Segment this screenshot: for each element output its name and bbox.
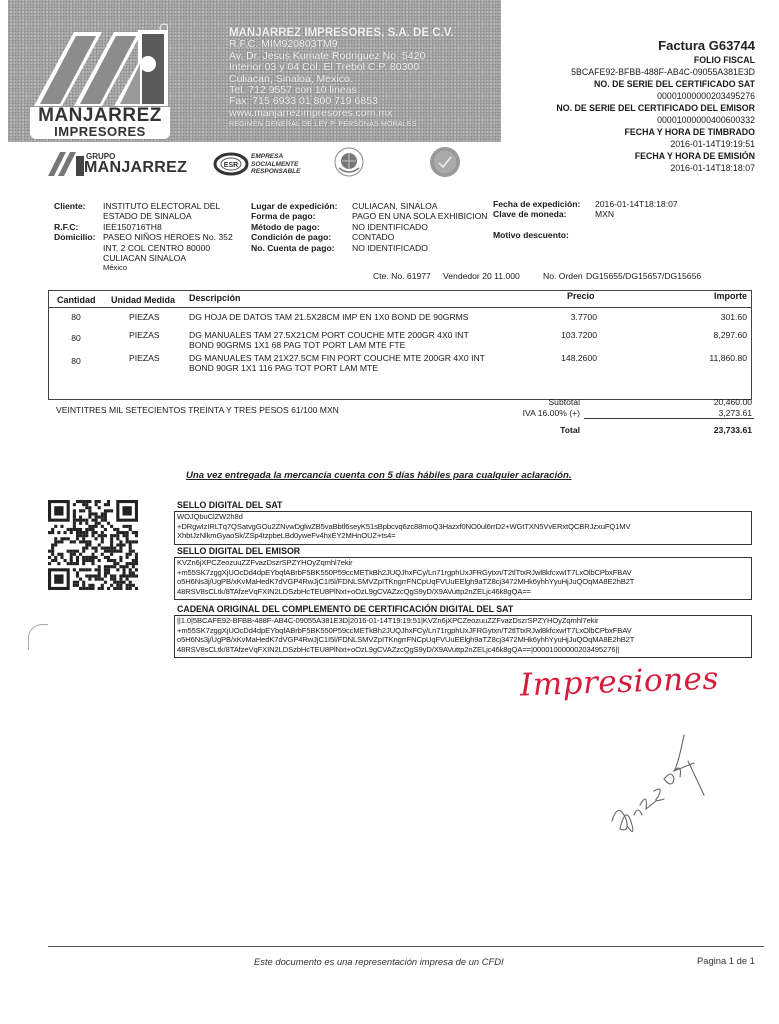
domicilio-line-2: INT. 2 COL CENTRO 80000 bbox=[103, 243, 233, 253]
esr-logo: ESR EMPRESA SOCIALMENTE RESPONSABLE bbox=[213, 150, 323, 178]
domicilio-label: Domicilio: bbox=[54, 232, 96, 242]
domicilio-line-1: PASEO NIÑOS HEROES No. 352 bbox=[103, 232, 233, 242]
esr-badge-icon: ESR bbox=[213, 152, 249, 176]
metodo-label: Método de pago: bbox=[251, 222, 337, 232]
sello-sat-title: SELLO DIGITAL DEL SAT bbox=[177, 500, 282, 510]
row-importe: 301.60 bbox=[721, 312, 747, 322]
cuenta-label: No. Cuenta de pago: bbox=[251, 243, 337, 253]
sello-sat-box: WOJQbuClZW2h8d +DRgwIzIRLTq7QSatvgGOu2ZN… bbox=[174, 511, 752, 545]
cliente-line-1: INSTITUTO ELECTORAL DEL bbox=[103, 201, 233, 211]
page-number: Pagina 1 de 1 bbox=[697, 955, 755, 966]
cliente-line-2: ESTADO DE SINALOA bbox=[103, 211, 233, 221]
footer-divider bbox=[48, 946, 764, 947]
col-precio: Precio bbox=[567, 291, 595, 301]
client-values: INSTITUTO ELECTORAL DEL ESTADO DE SINALO… bbox=[103, 201, 233, 274]
row-cantidad: 80 bbox=[61, 312, 91, 322]
serie-emisor-label: NO. DE SERIE DEL CERTIFICADO DEL EMISOR bbox=[465, 102, 755, 114]
col-unidad: Unidad Medida bbox=[111, 295, 175, 305]
forma-label: Forma de pago: bbox=[251, 211, 337, 221]
sello-emisor-line: +m55SK7zggXjUOcDd4dpEYbqfABrbF5BK550P59c… bbox=[177, 568, 749, 578]
serie-sat-value: 00001000000203495276 bbox=[465, 90, 755, 102]
expedition-labels: Fecha de expedición: Clave de moneda: Mo… bbox=[493, 199, 580, 241]
fecha-exp-value: 2016-01-14T18:18:07 bbox=[595, 199, 678, 209]
row-descripcion: DG HOJA DE DATOS TAM 21.5X28CM IMP EN 1X… bbox=[189, 312, 469, 322]
orden-label: No. Orden bbox=[543, 271, 583, 281]
clarification-notice: Una vez entregada la mercancía cuenta co… bbox=[186, 470, 572, 481]
row-descripcion-2: BOND 90GR 1X1 116 PAG TOT PORT LAM MTE bbox=[189, 363, 378, 373]
sello-sat-line: XhbtJzNlkmGyaoSk/ZSp4tzpbeLBd0yweFv4hxEY… bbox=[177, 531, 749, 541]
col-descripcion: Descripción bbox=[189, 293, 241, 303]
row-unidad: PIEZAS bbox=[129, 330, 160, 340]
row-unidad: PIEZAS bbox=[129, 312, 160, 322]
company-details: MANJARREZ IMPRESORES, S.A. DE C.V. R.F.C… bbox=[229, 28, 499, 131]
folio-fiscal-label: FOLIO FISCAL bbox=[465, 54, 755, 66]
row-cantidad: 80 bbox=[61, 356, 91, 366]
payment-values: CULIACAN, SINALOA PAGO EN UNA SOLA EXHIB… bbox=[352, 201, 487, 253]
logo-wordmark: MANJARREZ IMPRESORES bbox=[30, 107, 170, 139]
cuenta-value: NO IDENTIFICADO bbox=[352, 243, 487, 253]
timbrado-value: 2016-01-14T19:19:51 bbox=[465, 138, 755, 150]
col-importe: Importe bbox=[714, 291, 747, 301]
fecha-exp-label: Fecha de expedición: bbox=[493, 199, 580, 209]
payment-labels: Lugar de expedición: Forma de pago: Méto… bbox=[251, 201, 337, 253]
row-importe: 11,860.80 bbox=[709, 353, 747, 363]
amount-in-words: VEINTITRES MIL SETECIENTOS TREINTA Y TRE… bbox=[56, 404, 339, 416]
col-cantidad: Cantidad bbox=[57, 295, 96, 305]
domicilio-line-4: México bbox=[103, 263, 233, 273]
emision-label: FECHA Y HORA DE EMISIÓN bbox=[465, 150, 755, 162]
row-precio: 103.7200 bbox=[497, 330, 597, 340]
total-value: 23,733.61 bbox=[660, 424, 752, 436]
motivo-label: Motivo descuento: bbox=[493, 230, 580, 240]
serie-emisor-value: 00001000000400600332 bbox=[465, 114, 755, 126]
certification-seal-icon bbox=[428, 145, 462, 179]
cadena-line: +m55SK7zggXjUOcDd4dpEYbqfABrbF5BK550P59c… bbox=[177, 626, 749, 636]
logo-word-impresores: IMPRESORES bbox=[32, 125, 168, 139]
grupo-name: MANJARREZ bbox=[84, 159, 187, 177]
sello-sat-line: WOJQbuClZW2h8d bbox=[177, 512, 749, 522]
expedition-values: 2016-01-14T18:18:07 MXN bbox=[595, 199, 678, 220]
cadena-title: CADENA ORIGINAL DEL COMPLEMENTO DE CERTI… bbox=[177, 604, 513, 614]
logo-word-manjarrez: MANJARREZ bbox=[32, 107, 168, 125]
sello-emisor-box: KVZn6jXPCZeozuuZZFvazDszrSPZYHOyZqmhl7ek… bbox=[174, 557, 752, 600]
iva-label: IVA 16.00% (+) bbox=[480, 407, 580, 419]
row-precio: 148.2600 bbox=[497, 353, 597, 363]
sello-emisor-line: 48RSV8sCLtk/8TAfzeVqFXIN2LDSzbHcTEU8PlNx… bbox=[177, 587, 749, 597]
footer-cfdi-note: Este documento es una representación imp… bbox=[254, 956, 504, 967]
signature-scribble-icon bbox=[600, 725, 730, 855]
invoice-title: Factura G63744 bbox=[465, 38, 755, 54]
emision-value: 2016-01-14T18:18:07 bbox=[465, 162, 755, 174]
condicion-value: CONTADO bbox=[352, 232, 487, 242]
sello-emisor-title: SELLO DIGITAL DEL EMISOR bbox=[177, 546, 300, 556]
qr-code-icon bbox=[48, 500, 138, 590]
client-labels: Cliente: R.F.C: Domicilio: bbox=[54, 201, 96, 243]
global-compact-seal-icon bbox=[333, 146, 365, 178]
cadena-box: ||1.0|5BCAFE92-BFBB-488F-AB4C-09055A381E… bbox=[174, 615, 752, 658]
svg-text:ESR: ESR bbox=[224, 162, 238, 169]
handwritten-note: Impresiones bbox=[519, 661, 719, 704]
esr-line-3: RESPONSABLE bbox=[251, 168, 300, 176]
scan-artifact bbox=[28, 624, 48, 650]
lugar-label: Lugar de expedición: bbox=[251, 201, 337, 211]
grupo-m-icon bbox=[48, 152, 86, 176]
company-address-2: Interior 03 y 04 Col. El Trebol C.P. 803… bbox=[229, 62, 499, 73]
row-descripcion: DG MANUALES TAM 21X27.5CM FIN PORT COUCH… bbox=[189, 353, 485, 363]
row-cantidad: 80 bbox=[61, 333, 91, 343]
cliente-label: Cliente: bbox=[54, 201, 96, 211]
condicion-label: Condición de pago: bbox=[251, 232, 337, 242]
row-descripcion-2: BOND 90GRMS 1X1 68 PAG TOT PORT LAM MTE … bbox=[189, 340, 405, 350]
sello-sat-line: +DRgwIzIRLTq7QSatvgGOu2ZNvwDglwZB5vaBbtl… bbox=[177, 522, 749, 532]
company-web: www.manjarrezimpresores.com.mx bbox=[229, 108, 499, 119]
serie-sat-label: NO. DE SERIE DEL CERTIFICADO SAT bbox=[465, 78, 755, 90]
total-label: Total bbox=[500, 424, 580, 436]
moneda-value: MXN bbox=[595, 209, 678, 219]
rfc-value: IEE150716TH8 bbox=[103, 222, 233, 232]
items-table-header: Cantidad Unidad Medida Descripción Preci… bbox=[49, 291, 751, 308]
orden-value: DG15655/DG15657/DG15656 bbox=[586, 271, 701, 281]
lugar-value: CULIACAN, SINALOA bbox=[352, 201, 487, 211]
sello-emisor-line: o5H6Ns3j/UgPB/xKvMaHedK7dVGP4RwJjC1I5l/F… bbox=[177, 577, 749, 587]
rfc-label: R.F.C: bbox=[54, 222, 96, 232]
cadena-line: ||1.0|5BCAFE92-BFBB-488F-AB4C-09055A381E… bbox=[177, 616, 749, 626]
esr-line-2: SOCIALMENTE bbox=[251, 161, 300, 169]
cadena-line: 48RSV8sCLtk/8TAfzeVqFXIN2LDSzbHcTEU8PlNx… bbox=[177, 645, 749, 655]
company-regimen: REGIMEN GENERAL DE LEY P. PERSONAS MORAL… bbox=[229, 119, 499, 130]
vendedor: Vendedor 20 11.000 bbox=[443, 271, 520, 281]
esr-line-1: EMPRESA bbox=[251, 153, 300, 161]
domicilio-line-3: CULIACAN SINALOA bbox=[103, 253, 233, 263]
cte-number: Cte. No. 61977 bbox=[373, 271, 431, 281]
fiscal-info: Factura G63744 FOLIO FISCAL 5BCAFE92-BFB… bbox=[465, 38, 755, 174]
grupo-manjarrez-logo: GRUPO MANJARREZ bbox=[48, 150, 168, 180]
totals-divider bbox=[584, 418, 754, 419]
items-table: Cantidad Unidad Medida Descripción Preci… bbox=[48, 290, 752, 400]
metodo-value: NO IDENTIFICADO bbox=[352, 222, 487, 232]
row-importe: 8,297.60 bbox=[714, 330, 747, 340]
row-descripcion: DG MANUALES TAM 27.5X21CM PORT COUCHE MT… bbox=[189, 330, 469, 340]
row-unidad: PIEZAS bbox=[129, 353, 160, 363]
forma-value: PAGO EN UNA SOLA EXHIBICION bbox=[352, 211, 487, 221]
moneda-label: Clave de moneda: bbox=[493, 209, 580, 219]
timbrado-label: FECHA Y HORA DE TIMBRADO bbox=[465, 126, 755, 138]
folio-fiscal-value: 5BCAFE92-BFBB-488F-AB4C-09055A381E3D bbox=[465, 66, 755, 78]
sello-emisor-line: KVZn6jXPCZeozuuZZFvazDszrSPZYHOyZqmhl7ek… bbox=[177, 558, 749, 568]
cadena-line: o5H6Ns3j/UgPB/xKvMaHedK7dVGP4RwJjC1I5l/F… bbox=[177, 635, 749, 645]
row-precio: 3.7700 bbox=[497, 312, 597, 322]
